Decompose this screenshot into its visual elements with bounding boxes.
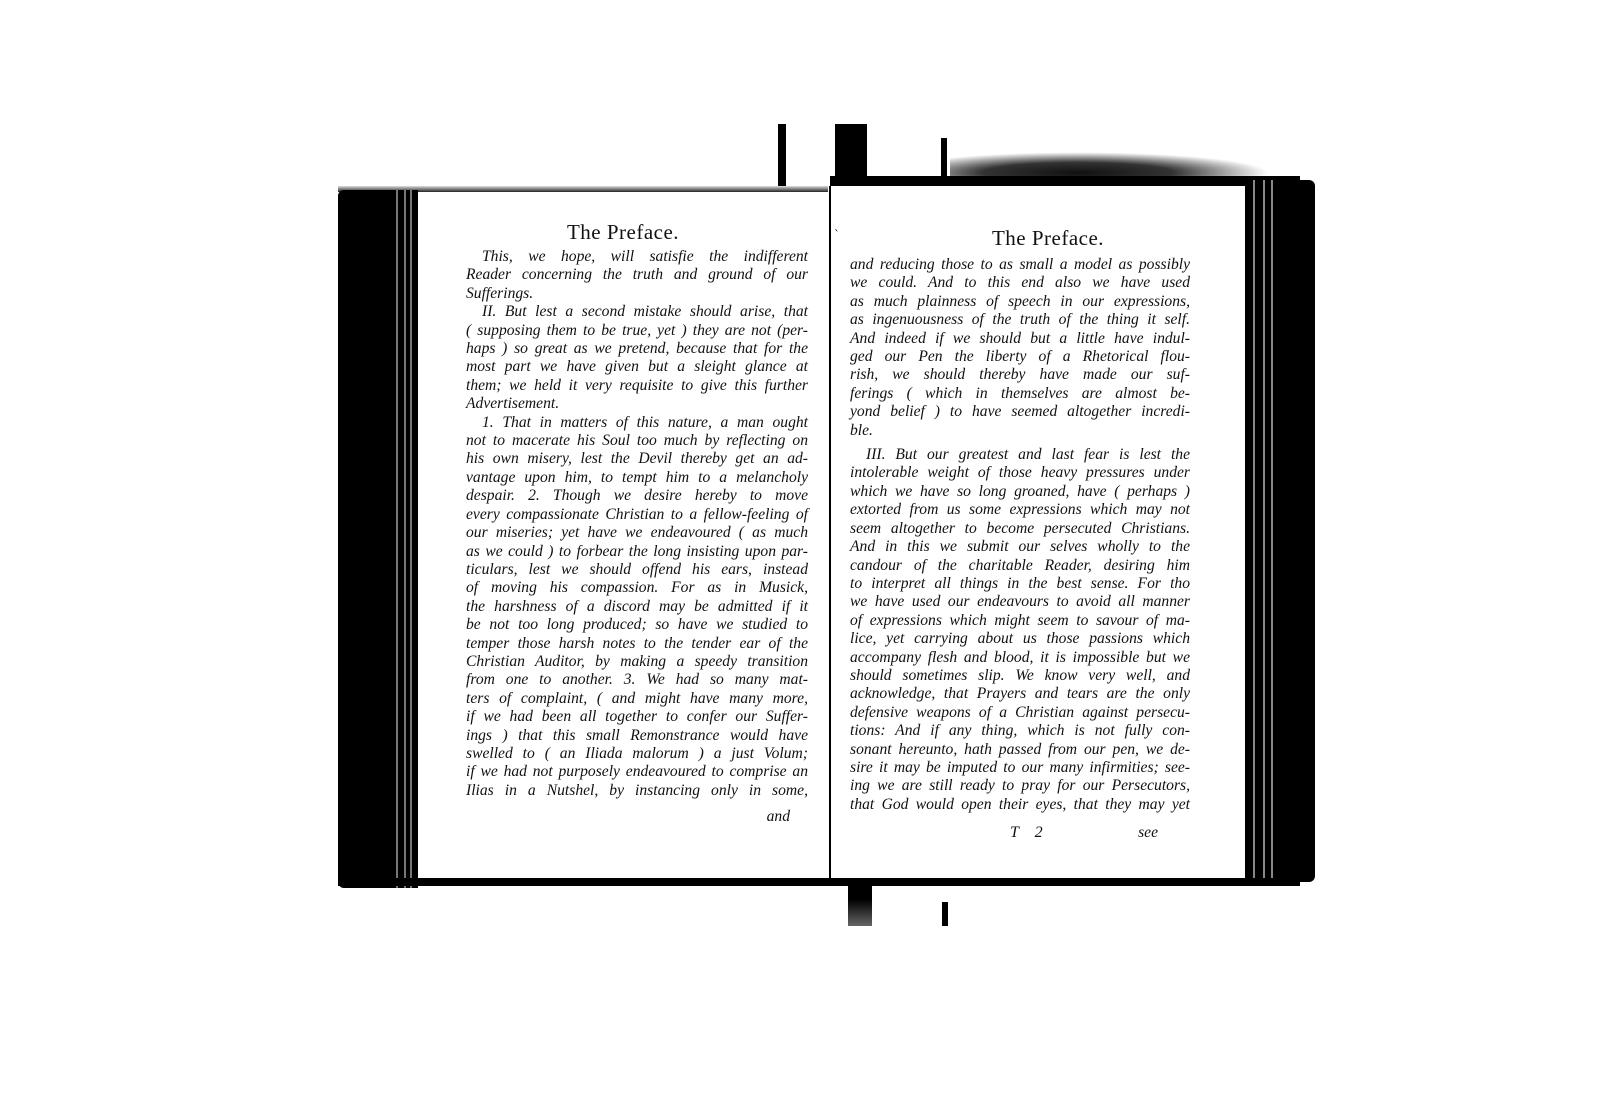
text-line: tions: And if any thing, which is not fu… <box>850 722 1190 740</box>
text-line: vantage upon him, to tempt him to a mela… <box>466 469 808 487</box>
book-cover-right <box>1245 180 1315 882</box>
text-line: should sometimes slip. We know very well… <box>850 667 1190 685</box>
text-line: ters of complaint, ( and might have many… <box>466 690 808 708</box>
text-line: defensive weapons of a Christian against… <box>850 704 1190 722</box>
text-line: Advertisement. <box>466 395 808 413</box>
text-line: Reader concerning the truth and ground o… <box>466 266 808 284</box>
book-gutter <box>829 186 831 880</box>
scan-mark: ˋ <box>834 228 840 242</box>
text-line: intolerable weight of those heavy pressu… <box>850 464 1190 482</box>
text-line: acknowledge, that Prayers and tears are … <box>850 685 1190 703</box>
text-line: be not too long produced; so have we stu… <box>466 616 808 634</box>
text-line: 1. That in matters of this nature, a man… <box>466 414 808 432</box>
text-line: haps ) so great as we pretend, because t… <box>466 340 808 358</box>
text-line: ferings ( which in themselves are almost… <box>850 385 1190 403</box>
text-line: Christian Auditor, by making a speedy tr… <box>466 653 808 671</box>
page-text: and reducing those to as small a model a… <box>850 256 1190 814</box>
text-line: Sufferings. <box>466 285 808 303</box>
running-head: The Preface. <box>418 220 828 245</box>
text-line: as much plainness of speech in our expre… <box>850 293 1190 311</box>
book-scan: The Preface. This, we hope, will satisfi… <box>0 0 1600 1095</box>
text-line: II. But lest a second mistake should ari… <box>466 303 808 321</box>
clip-shadow <box>835 124 867 180</box>
text-line: of moving his compassion. For as in Musi… <box>466 579 808 597</box>
text-line: ings ) that this small Remonstrance woul… <box>466 727 808 745</box>
text-line: which we have so long groaned, have ( pe… <box>850 483 1190 501</box>
text-line: as we could ) to forbear the long insist… <box>466 543 808 561</box>
text-line: And indeed if we should but a little hav… <box>850 330 1190 348</box>
text-line: we could. And to this end also we have u… <box>850 274 1190 292</box>
cover-stripe <box>410 190 412 888</box>
text-line: if we had not purposely endeavoured to c… <box>466 763 808 781</box>
cover-stripe <box>404 190 406 888</box>
cover-stripe <box>396 190 398 888</box>
cover-stripe <box>1263 180 1265 882</box>
book-cover-left <box>338 190 418 888</box>
book-top-edge <box>830 176 1300 186</box>
text-line: to interpret all things in the best sens… <box>850 575 1190 593</box>
cover-stripe <box>1253 180 1255 882</box>
catchword: see <box>1138 824 1158 842</box>
running-head: The Preface. <box>852 226 1244 251</box>
text-line: if we had been all together to confer ou… <box>466 708 808 726</box>
scan-smudge <box>950 152 1270 178</box>
text-line: temper those harsh notes to the tender e… <box>466 635 808 653</box>
text-line: from one to another. 3. We had so many m… <box>466 671 808 689</box>
signature-mark: T 2 <box>1010 824 1049 842</box>
text-line: sire it may be imputed to our many infir… <box>850 759 1190 777</box>
text-line: as ingenuousness of the truth of the thi… <box>850 311 1190 329</box>
text-line: ( supposing them to be true, yet ) they … <box>466 322 808 340</box>
catchword: and <box>767 808 790 826</box>
text-line: And in this we submit our selves wholly … <box>850 538 1190 556</box>
text-line: not to macerate his Soul too much by ref… <box>466 432 808 450</box>
text-line: that God would open their eyes, that the… <box>850 796 1190 814</box>
text-line: our miseries; yet have we endeavoured ( … <box>466 524 808 542</box>
text-line: his own misery, lest the Devil thereby g… <box>466 450 808 468</box>
text-line: rish, we should thereby have made our su… <box>850 366 1190 384</box>
text-line: ing we are still ready to pray for our P… <box>850 777 1190 795</box>
text-line: III. But our greatest and last fear is l… <box>850 446 1190 464</box>
text-line: seem altogether to become persecuted Chr… <box>850 520 1190 538</box>
text-line: of expressions which might seem to savou… <box>850 612 1190 630</box>
text-line: most part we have given but a sleight gl… <box>466 358 808 376</box>
text-line: candour of the charitable Reader, desiri… <box>850 557 1190 575</box>
text-line: This, we hope, will satisfie the indiffe… <box>466 248 808 266</box>
cover-stripe <box>1271 180 1273 882</box>
text-line: lice, yet carrying about us those passio… <box>850 630 1190 648</box>
text-line: every compassionate Christian to a fello… <box>466 506 808 524</box>
page-text: This, we hope, will satisfie the indiffe… <box>466 248 808 800</box>
text-line: ble. <box>850 422 1190 440</box>
text-line: we have used our endeavours to avoid all… <box>850 593 1190 611</box>
text-line: them; we held it very requisite to give … <box>466 377 808 395</box>
left-page: The Preface. This, we hope, will satisfi… <box>418 192 828 878</box>
text-line: despair. 2. Though we desire hereby to m… <box>466 487 808 505</box>
text-line: sonant hereunto, hath passed from our pe… <box>850 741 1190 759</box>
text-line: ged our Pen the liberty of a Rhetorical … <box>850 348 1190 366</box>
text-line: the harshness of a discord may be admitt… <box>466 598 808 616</box>
text-line: extorted from us some expressions which … <box>850 501 1190 519</box>
clip-shadow <box>941 138 947 178</box>
text-line: ticulars, lest we should offend his ears… <box>466 561 808 579</box>
text-line: swelled to ( an Iliada malorum ) a just … <box>466 745 808 763</box>
text-line: Ilias in a Nutshel, by instancing only i… <box>466 782 808 800</box>
clip-shadow <box>942 902 948 926</box>
clip-shadow <box>778 124 786 190</box>
text-line: accompany flesh and blood, it is impossi… <box>850 649 1190 667</box>
clip-shadow <box>848 882 872 926</box>
text-line: and reducing those to as small a model a… <box>850 256 1190 274</box>
book-bottom-edge <box>338 878 1300 886</box>
right-page: ˋ The Preface. and reducing those to as … <box>832 186 1244 878</box>
text-line: yond belief ) to have seemed altogether … <box>850 403 1190 421</box>
